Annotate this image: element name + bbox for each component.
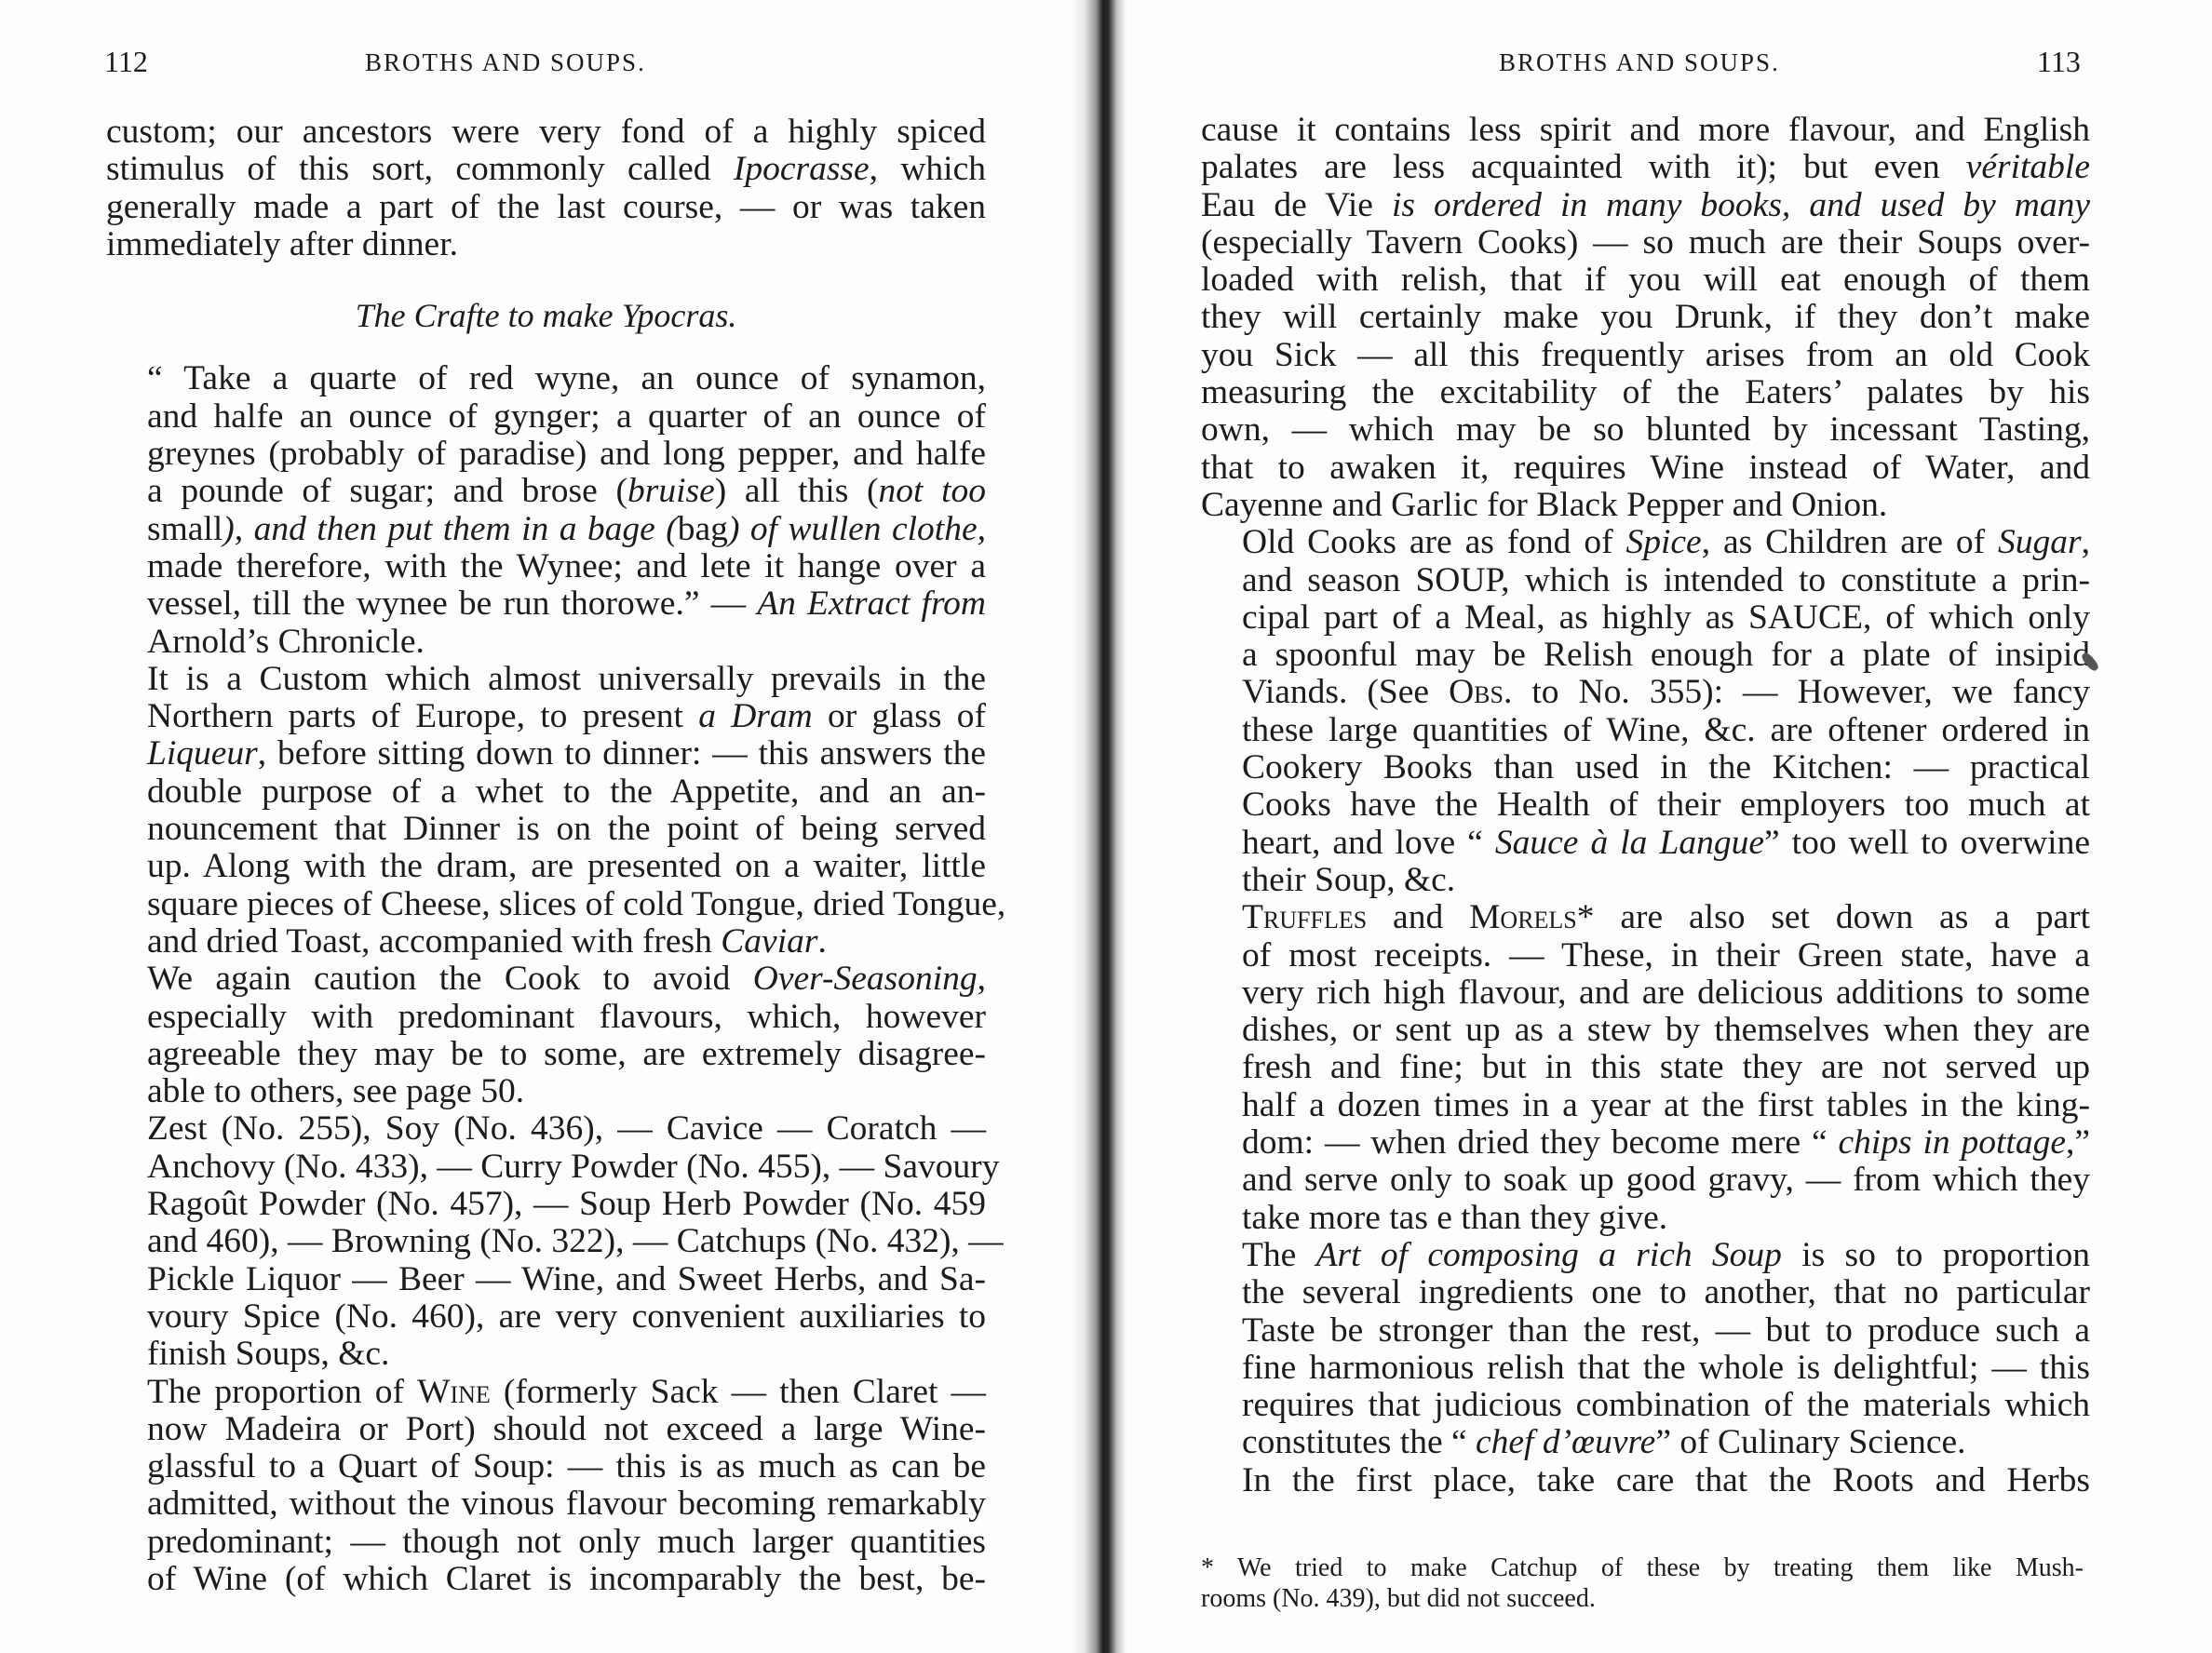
paragraph: Old Cooks are as fond of Spice, as Child… — [1201, 524, 2090, 899]
right-page: BROTHS AND SOUPS. 113 cause it contains … — [1126, 0, 2212, 1653]
text-line: their Soup, &c. — [1201, 862, 2090, 899]
page-number-right: 113 — [2037, 45, 2081, 79]
right-page-body: cause it contains less spirit and more f… — [1201, 112, 2090, 1499]
page-number-left: 112 — [104, 45, 148, 79]
text-line: Viands. (See Obs. to No. 355): — However… — [1201, 674, 2090, 711]
text-line: measuring the excitability of the Eaters… — [1201, 374, 2090, 411]
paragraph: Truffles and Morels* are also set down a… — [1201, 899, 2090, 1237]
text-line: Cookery Books than used in the Kitchen: … — [1201, 749, 2090, 786]
text-line: agreeable they may be to some, are extre… — [106, 1036, 986, 1073]
text-line: cause it contains less spirit and more f… — [1201, 112, 2090, 149]
text-line: heart, and love “ Sauce à la Langue” too… — [1201, 825, 2090, 862]
text-line: requires that judicious combination of t… — [1201, 1387, 2090, 1424]
text-line: these large quantities of Wine, &c. are … — [1201, 712, 2090, 749]
text-line: predominant; — though not only much larg… — [106, 1524, 986, 1561]
text-line: that to awaken it, requires Wine instead… — [1201, 450, 2090, 487]
left-page-body: custom; our ancestors were very fond of … — [106, 114, 986, 1598]
book-spread: 112 BROTHS AND SOUPS. custom; our ancest… — [0, 0, 2212, 1653]
text-line: especially with predominant flavours, wh… — [106, 999, 986, 1036]
text-line: voury Spice (No. 460), are very convenie… — [106, 1298, 986, 1336]
text-line: a pounde of sugar; and brose (bruise) al… — [106, 473, 986, 510]
text-line: Cooks have the Health of their employers… — [1201, 786, 2090, 824]
text-line: Liqueur, before sitting down to dinner: … — [106, 735, 986, 773]
text-line: Arnold’s Chronicle. — [106, 624, 986, 661]
running-head-right: BROTHS AND SOUPS. — [1499, 48, 1780, 77]
text-line: Old Cooks are as fond of Spice, as Child… — [1201, 524, 2090, 561]
paragraph: It is a Custom which almost universally … — [106, 661, 986, 961]
text-line: The proportion of Wine (formerly Sack — … — [106, 1374, 986, 1411]
paragraph: “ Take a quarte of red wyne, an ounce of… — [106, 360, 986, 660]
footnote: * We tried to make Catchup of these by t… — [1201, 1552, 2084, 1614]
text-line: and serve only to soak up good gravy, — … — [1201, 1162, 2090, 1199]
text-line: fine harmonious relish that the whole is… — [1201, 1350, 2090, 1387]
text-line: Pickle Liquor — Beer — Wine, and Sweet H… — [106, 1261, 986, 1298]
text-line: very rich high flavour, and are deliciou… — [1201, 974, 2090, 1012]
footnote-line: rooms (No. 439), but did not succeed. — [1201, 1583, 2084, 1614]
text-line: and 460), — Browning (No. 322), — Catchu… — [106, 1223, 986, 1260]
text-line: constitutes the “ chef d’œuvre” of Culin… — [1201, 1424, 2090, 1461]
text-line: generally made a part of the last course… — [106, 189, 986, 226]
text-line: The Art of composing a rich Soup is so t… — [1201, 1237, 2090, 1274]
paragraph: In the first place, take care that the R… — [1201, 1462, 2090, 1499]
text-line: immediately after dinner. — [106, 226, 986, 263]
text-line: own, — which may be so blunted by incess… — [1201, 411, 2090, 449]
left-page: 112 BROTHS AND SOUPS. custom; our ancest… — [0, 0, 1071, 1653]
text-line: Ragoût Powder (No. 457), — Soup Herb Pow… — [106, 1186, 986, 1223]
paragraph: cause it contains less spirit and more f… — [1201, 112, 2090, 524]
text-line: able to others, see page 50. — [106, 1073, 986, 1110]
text-line: “ Take a quarte of red wyne, an ounce of… — [106, 360, 986, 397]
text-line: Northern parts of Europe, to present a D… — [106, 698, 986, 735]
text-line: and halfe an ounce of gynger; a quarter … — [106, 398, 986, 436]
text-line: In the first place, take care that the R… — [1201, 1462, 2090, 1499]
text-line: admitted, without the vinous flavour bec… — [106, 1485, 986, 1523]
text-line: the several ingredients one to another, … — [1201, 1274, 2090, 1311]
text-line: (especially Tavern Cooks) — so much are … — [1201, 224, 2090, 262]
text-line: up. Along with the dram, are presented o… — [106, 848, 986, 885]
text-line: greynes (probably of paradise) and long … — [106, 436, 986, 473]
recipe-subheading: The Crafte to make Ypocras. — [106, 297, 986, 334]
text-line: We again caution the Cook to avoid Over-… — [106, 961, 986, 998]
text-line: loaded with relish, that if you will eat… — [1201, 262, 2090, 299]
text-line: made therefore, with the Wynee; and lete… — [106, 548, 986, 585]
text-line: vessel, till the wynee be run thorowe.” … — [106, 585, 986, 623]
text-line: a spoonful may be Relish enough for a pl… — [1201, 637, 2090, 674]
text-line: dom: — when dried they become mere “ chi… — [1201, 1124, 2090, 1162]
text-line: of Wine (of which Claret is incomparably… — [106, 1561, 986, 1598]
text-line: stimulus of this sort, commonly called I… — [106, 151, 986, 188]
text-line: Eau de Vie is ordered in many books, and… — [1201, 187, 2090, 224]
text-line: small), and then put them in a bage (bag… — [106, 511, 986, 548]
text-line: Zest (No. 255), Soy (No. 436), — Cavice … — [106, 1110, 986, 1148]
text-line: take more tas e than they give. — [1201, 1200, 2090, 1237]
text-line: palates are less acquainted with it); bu… — [1201, 149, 2090, 186]
paragraph: Zest (No. 255), Soy (No. 436), — Cavice … — [106, 1110, 986, 1373]
book-spine-gutter — [1071, 0, 1126, 1653]
text-line: and dried Toast, accompanied with fresh … — [106, 923, 986, 961]
paragraph: The proportion of Wine (formerly Sack — … — [106, 1374, 986, 1599]
text-line: fresh and fine; but in this state they a… — [1201, 1049, 2090, 1086]
text-line: now Madeira or Port) should not exceed a… — [106, 1411, 986, 1448]
text-line: It is a Custom which almost universally … — [106, 661, 986, 698]
text-line: you Sick — all this frequently arises fr… — [1201, 337, 2090, 374]
text-line: finish Soups, &c. — [106, 1336, 986, 1373]
footnote-line: * We tried to make Catchup of these by t… — [1201, 1552, 2084, 1583]
text-line: Taste be stronger than the rest, — but t… — [1201, 1312, 2090, 1350]
text-line: they will certainly make you Drunk, if t… — [1201, 299, 2090, 336]
text-line: Cayenne and Garlic for Black Pepper and … — [1201, 487, 2090, 524]
text-line: square pieces of Cheese, slices of cold … — [106, 886, 986, 923]
text-line: Anchovy (No. 433), — Curry Powder (No. 4… — [106, 1149, 986, 1186]
text-line: cipal part of a Meal, as highly as SAUCE… — [1201, 599, 2090, 637]
text-line: glassful to a Quart of Soup: — this is a… — [106, 1448, 986, 1485]
paragraph: We again caution the Cook to avoid Over-… — [106, 961, 986, 1110]
paragraph: The Art of composing a rich Soup is so t… — [1201, 1237, 2090, 1462]
text-line: double purpose of a whet to the Appetite… — [106, 773, 986, 811]
text-line: nouncement that Dinner is on the point o… — [106, 811, 986, 848]
text-line: Truffles and Morels* are also set down a… — [1201, 899, 2090, 936]
text-line: of most receipts. — These, in their Gree… — [1201, 937, 2090, 974]
text-line: dishes, or sent up as a stew by themselv… — [1201, 1012, 2090, 1049]
text-line: and season SOUP, which is intended to co… — [1201, 562, 2090, 599]
running-head-left: BROTHS AND SOUPS. — [365, 48, 646, 77]
text-line: half a dozen times in a year at the firs… — [1201, 1087, 2090, 1124]
paragraph: custom; our ancestors were very fond of … — [106, 114, 986, 263]
text-line: custom; our ancestors were very fond of … — [106, 114, 986, 151]
